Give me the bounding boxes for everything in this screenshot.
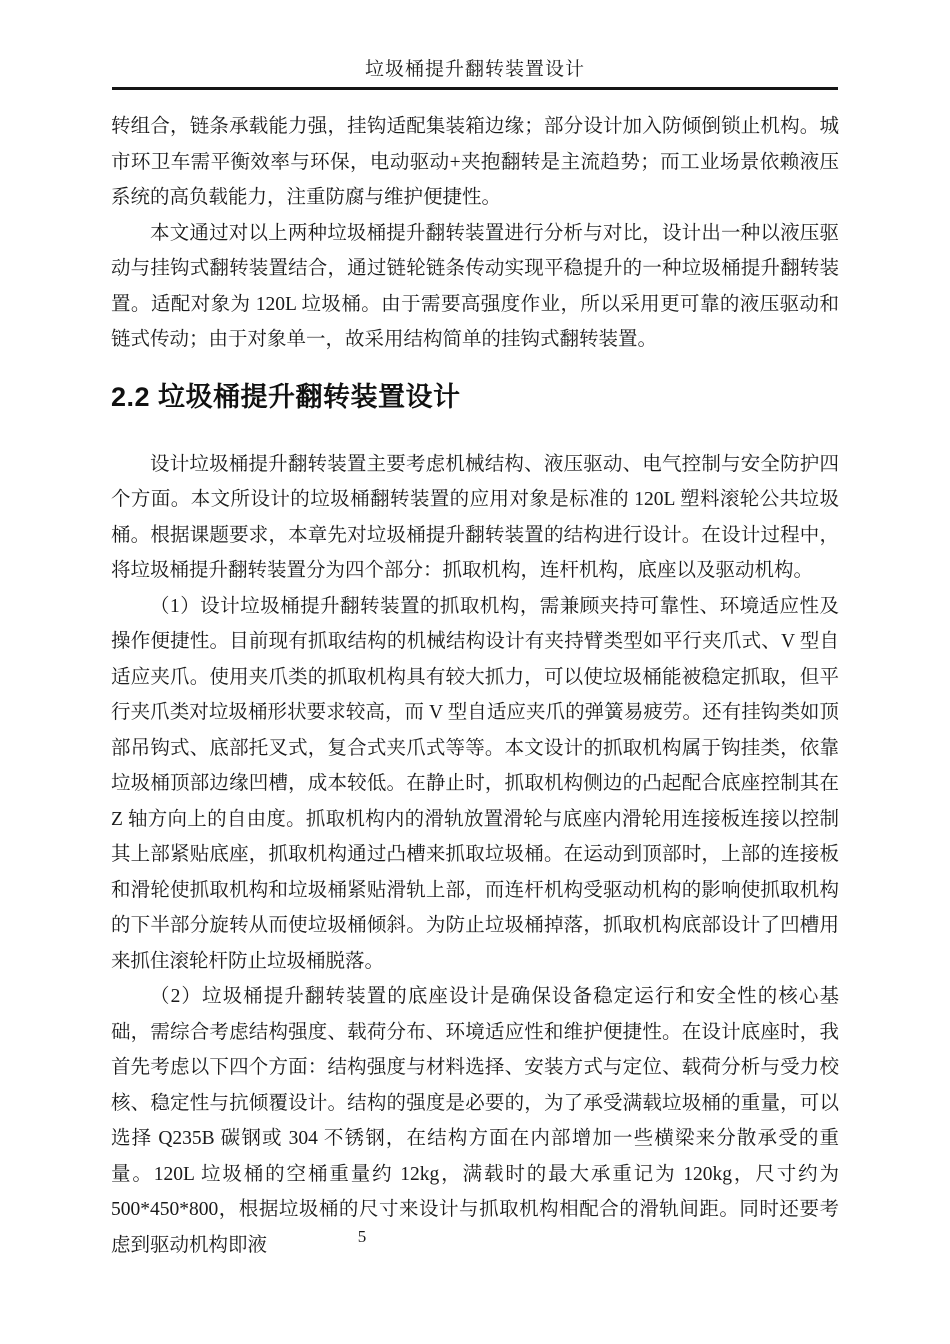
paragraph-design-overview: 设计垃圾桶提升翻转装置主要考虑机械结构、液压驱动、电气控制与安全防护四个方面。本… (111, 447, 839, 589)
running-head: 垃圾桶提升翻转装置设计 (112, 57, 838, 83)
section-heading-2-2: 2.2 垃圾桶提升翻转装置设计 (111, 376, 839, 418)
header-rule (112, 87, 838, 90)
paragraph-base-design: （2）垃圾桶提升翻转装置的底座设计是确保设备稳定运行和安全性的核心基础，需综合考… (111, 979, 839, 1263)
paragraph-continuation: 转组合，链条承载能力强，挂钩适配集装箱边缘；部分设计加入防倾倒锁止机构。城市环卫… (111, 109, 839, 216)
running-head-title: 垃圾桶提升翻转装置设计 (365, 59, 585, 80)
paragraph-grab-mechanism: （1）设计垃圾桶提升翻转装置的抓取机构，需兼顾夹持可靠性、环境适应性及操作便捷性… (111, 589, 839, 980)
page-number: 5 (341, 1226, 383, 1248)
page-body: 转组合，链条承载能力强，挂钩适配集装箱边缘；部分设计加入防倾倒锁止机构。城市环卫… (111, 109, 839, 1263)
document-page: 垃圾桶提升翻转装置设计 转组合，链条承载能力强，挂钩适配集装箱边缘；部分设计加入… (0, 0, 950, 1344)
paragraph-design-summary: 本文通过对以上两种垃圾桶提升翻转装置进行分析与对比，设计出一种以液压驱动与挂钩式… (111, 216, 839, 358)
